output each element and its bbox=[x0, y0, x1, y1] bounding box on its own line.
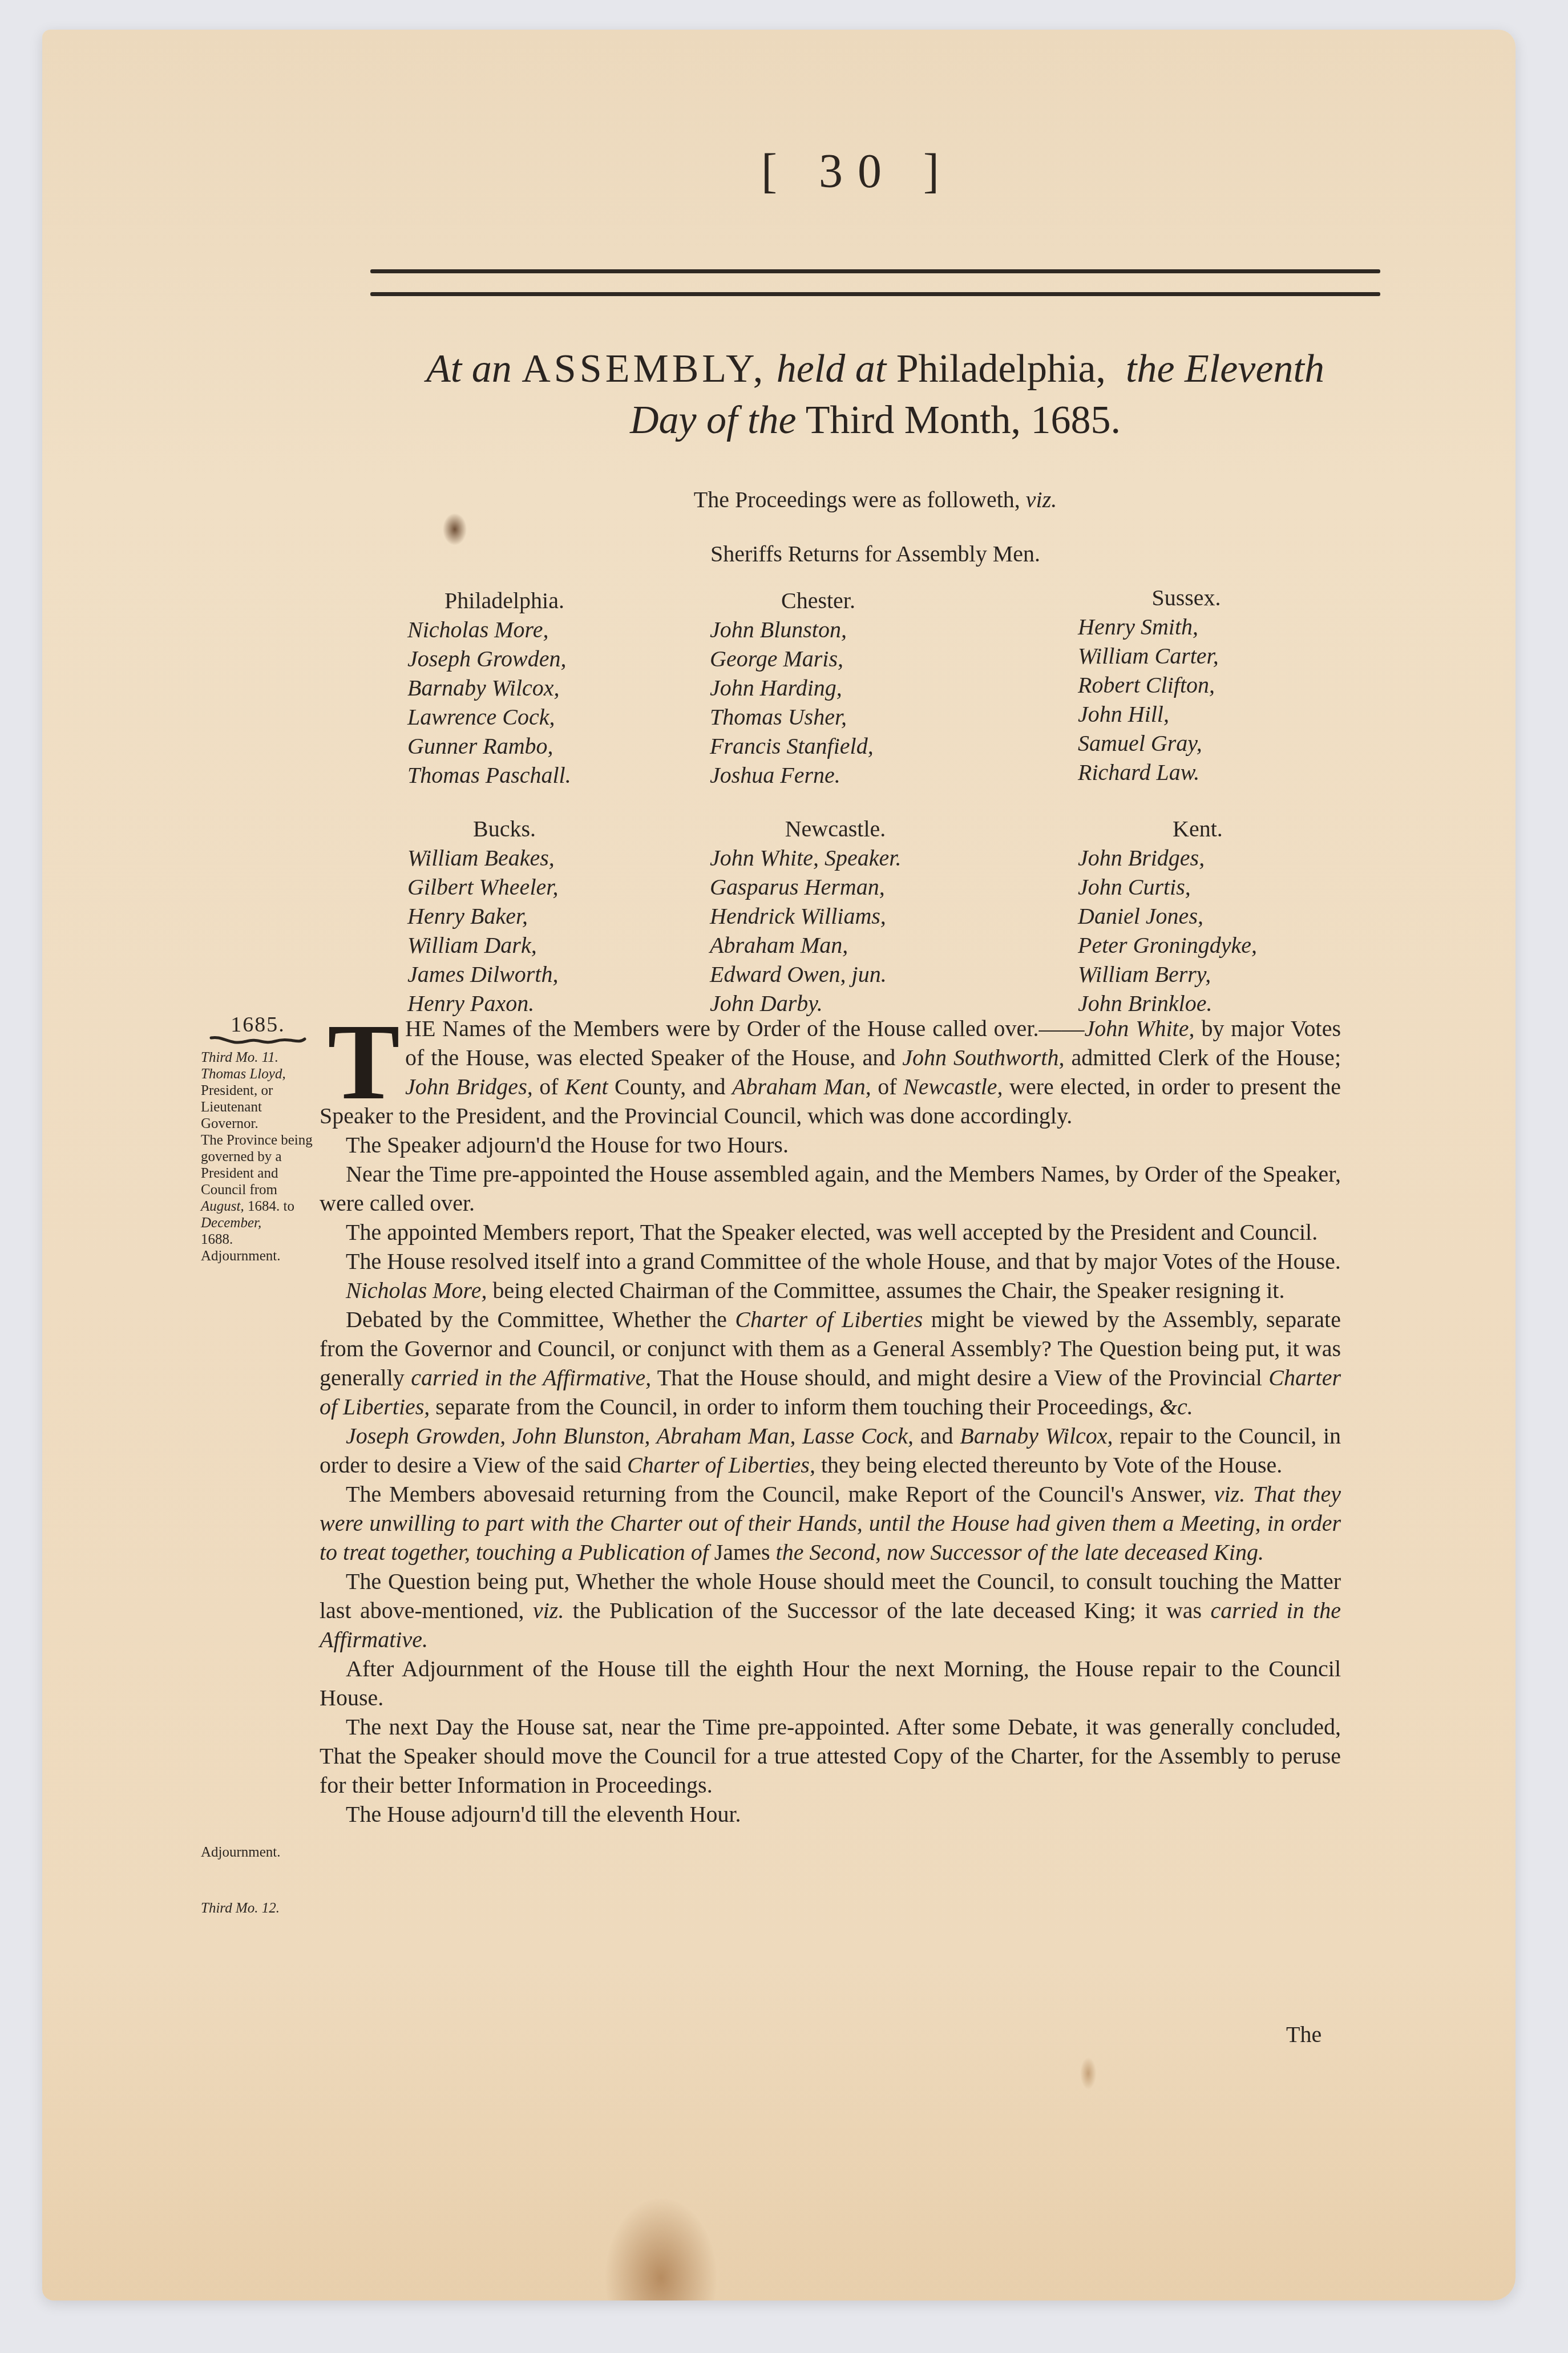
margin-from-year: 1684. to bbox=[248, 1199, 294, 1214]
member-name: William Carter, bbox=[1078, 641, 1295, 670]
member-name: John Blunston, bbox=[710, 615, 927, 644]
proceedings-viz: viz. bbox=[1026, 487, 1057, 512]
member-name: William Dark, bbox=[407, 931, 601, 960]
paragraph: The Members abovesaid returning from the… bbox=[320, 1479, 1341, 1567]
paragraph: Nicholas More, being elected Chairman of… bbox=[320, 1276, 1341, 1305]
member-name: John Harding, bbox=[710, 673, 927, 702]
county-column-philadelphia: Philadelphia. Nicholas More, Joseph Grow… bbox=[407, 586, 601, 790]
member-name: Henry Baker, bbox=[407, 901, 601, 931]
paragraph: HE Names of the Members were by Order of… bbox=[320, 1014, 1341, 1130]
county-column-newcastle: Newcastle. John White, Speaker. Gasparus… bbox=[710, 814, 961, 1018]
title-part: ASSEMBLY, bbox=[522, 347, 766, 391]
member-name: John Curtis, bbox=[1078, 872, 1318, 901]
header-rule-bottom bbox=[370, 292, 1380, 296]
county-name: Philadelphia. bbox=[407, 586, 601, 615]
paragraph: The House adjourn'd till the eleventh Ho… bbox=[320, 1800, 1341, 1829]
member-name: Gilbert Wheeler, bbox=[407, 872, 601, 901]
margin-president-name: Thomas Lloyd, bbox=[201, 1066, 286, 1082]
margin-date: Third Mo. 11. bbox=[201, 1050, 278, 1065]
member-name: Nicholas More, bbox=[407, 615, 601, 644]
body-text: HE Names of the Members were by Order of… bbox=[320, 1014, 1341, 1829]
title-part: the Eleventh bbox=[1126, 347, 1324, 391]
member-name: George Maris, bbox=[710, 644, 927, 673]
title-part: held at bbox=[777, 347, 886, 391]
margin-president-text: President, or Lieutenant Governor. bbox=[201, 1082, 315, 1132]
paragraph: The Speaker adjourn'd the House for two … bbox=[320, 1130, 1341, 1159]
margin-to-month: December, bbox=[201, 1215, 261, 1231]
member-name: Robert Clifton, bbox=[1078, 670, 1295, 700]
title-part: Day of the bbox=[630, 398, 797, 442]
margin-notes: 1685. Third Mo. 11. Thomas Lloyd, Presid… bbox=[201, 1017, 315, 1264]
paragraph: The House resolved itself into a grand C… bbox=[320, 1247, 1341, 1276]
member-name: Lawrence Cock, bbox=[407, 702, 601, 731]
member-name: Francis Stanfield, bbox=[710, 731, 927, 761]
member-name: Edward Owen, jun. bbox=[710, 960, 961, 989]
document-page: [ 30 ] At an ASSEMBLY, held at Philadelp… bbox=[42, 30, 1516, 2301]
page-title: At an ASSEMBLY, held at Philadelphia, th… bbox=[362, 343, 1389, 446]
member-name: Thomas Usher, bbox=[710, 702, 927, 731]
member-name: James Dilworth, bbox=[407, 960, 601, 989]
county-column-sussex: Sussex. Henry Smith, William Carter, Rob… bbox=[1078, 583, 1295, 787]
member-name: John Hill, bbox=[1078, 700, 1295, 729]
member-name: Hendrick Williams, bbox=[710, 901, 961, 931]
margin-adjournment: Adjournment. bbox=[201, 1844, 315, 1861]
paragraph: Near the Time pre-appointed the House as… bbox=[320, 1159, 1341, 1218]
margin-province-text: The Province being governed by a Preside… bbox=[201, 1132, 315, 1198]
county-column-kent: Kent. John Bridges, John Curtis, Daniel … bbox=[1078, 814, 1318, 1018]
margin-adjournment: Adjournment. bbox=[201, 1248, 315, 1264]
margin-note-date2: Third Mo. 12. bbox=[201, 1900, 315, 1917]
member-name: Thomas Paschall. bbox=[407, 761, 601, 790]
county-name: Sussex. bbox=[1078, 583, 1295, 612]
member-name: Richard Law. bbox=[1078, 758, 1295, 787]
margin-year: 1685. bbox=[201, 1017, 315, 1033]
margin-from-month: August, bbox=[201, 1199, 244, 1214]
county-column-chester: Chester. John Blunston, George Maris, Jo… bbox=[710, 586, 927, 790]
county-name: Chester. bbox=[710, 586, 927, 615]
county-name: Bucks. bbox=[407, 814, 601, 843]
member-name: Henry Smith, bbox=[1078, 612, 1295, 641]
paragraph: Debated by the Committee, Whether the Ch… bbox=[320, 1305, 1341, 1421]
member-name: Gasparus Herman, bbox=[710, 872, 961, 901]
title-part: Third Month, 1685. bbox=[806, 398, 1121, 442]
paragraph: The Question being put, Whether the whol… bbox=[320, 1567, 1341, 1654]
member-name: William Beakes, bbox=[407, 843, 601, 872]
sheriffs-heading: Sheriffs Returns for Assembly Men. bbox=[362, 540, 1389, 567]
member-name: Peter Groningdyke, bbox=[1078, 931, 1318, 960]
margin-date: Third Mo. 12. bbox=[201, 1901, 280, 1916]
member-name: Barnaby Wilcox, bbox=[407, 673, 601, 702]
member-name: William Berry, bbox=[1078, 960, 1318, 989]
title-part: Philadelphia, bbox=[896, 347, 1106, 391]
county-name: Newcastle. bbox=[710, 814, 961, 843]
paragraph: Joseph Growden, John Blunston, Abraham M… bbox=[320, 1421, 1341, 1479]
paragraph: The next Day the House sat, near the Tim… bbox=[320, 1712, 1341, 1800]
paragraph: The appointed Members report, That the S… bbox=[320, 1218, 1341, 1247]
header-rule-top bbox=[370, 269, 1380, 273]
member-name: Abraham Man, bbox=[710, 931, 961, 960]
proceedings-line: The Proceedings were as followeth, viz. bbox=[362, 486, 1389, 513]
member-name: John Bridges, bbox=[1078, 843, 1318, 872]
member-name: Joshua Ferne. bbox=[710, 761, 927, 790]
county-name: Kent. bbox=[1078, 814, 1318, 843]
member-name: Joseph Growden, bbox=[407, 644, 601, 673]
member-name: Samuel Gray, bbox=[1078, 729, 1295, 758]
paragraph: After Adjournment of the House till the … bbox=[320, 1654, 1341, 1712]
page-number: [ 30 ] bbox=[761, 144, 954, 199]
county-column-bucks: Bucks. William Beakes, Gilbert Wheeler, … bbox=[407, 814, 601, 1018]
margin-to-year: 1688. bbox=[201, 1231, 315, 1248]
title-part: At an bbox=[426, 347, 512, 391]
catchword: The bbox=[1286, 2021, 1322, 2048]
member-name: John White, Speaker. bbox=[710, 843, 961, 872]
margin-note-adjournment: Adjournment. bbox=[201, 1844, 315, 1861]
member-name: Daniel Jones, bbox=[1078, 901, 1318, 931]
dropcap: T bbox=[328, 1017, 400, 1108]
member-name: Gunner Rambo, bbox=[407, 731, 601, 761]
proceedings-text: The Proceedings were as followeth, bbox=[694, 487, 1020, 512]
